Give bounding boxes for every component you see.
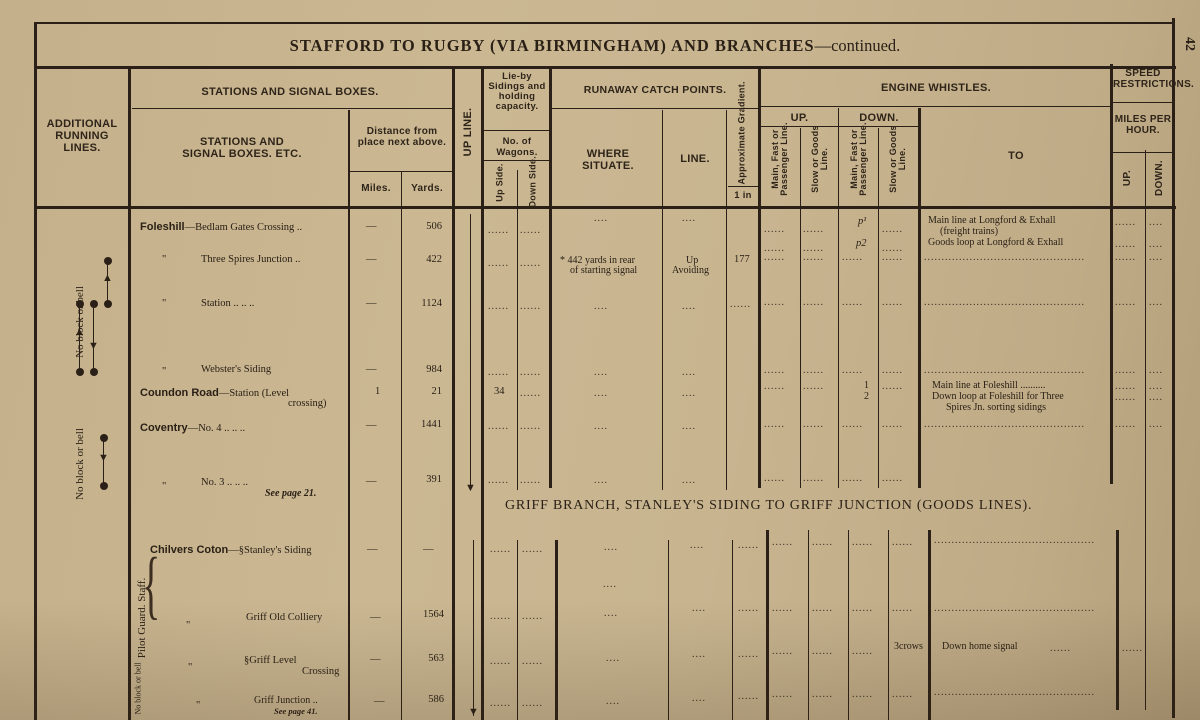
miles-value: — bbox=[367, 544, 378, 556]
empty-cell: ...... bbox=[490, 699, 511, 709]
arrow-down-icon: ▼ bbox=[98, 452, 109, 464]
whistle-destination: Goods loop at Longford & Exhall bbox=[928, 237, 1063, 249]
empty-cell: .... bbox=[1149, 240, 1163, 250]
ditto-mark: " bbox=[162, 254, 166, 266]
col-line bbox=[1145, 150, 1146, 710]
miles-value: — bbox=[370, 654, 381, 666]
empty-cell: ...... bbox=[520, 259, 541, 269]
miles-value: — bbox=[366, 254, 377, 266]
col-line bbox=[888, 530, 889, 720]
empty-cell: ...... bbox=[520, 302, 541, 312]
header-subrule bbox=[484, 130, 550, 131]
empty-cell: .... bbox=[1149, 366, 1163, 376]
empty-cell: .... bbox=[604, 543, 618, 553]
empty-cell: ...... bbox=[772, 647, 793, 657]
header-distance: Distance from place next above. bbox=[352, 126, 452, 148]
empty-cell: .... bbox=[692, 604, 706, 614]
running-lines-note: No block or bell bbox=[134, 675, 143, 715]
col-line bbox=[668, 540, 669, 720]
yards-value: 586 bbox=[404, 694, 444, 706]
empty-cell: ...... bbox=[812, 647, 833, 657]
station-name: —No. 4 .. .. .. bbox=[188, 423, 245, 434]
empty-cell: ........................................… bbox=[934, 688, 1095, 698]
header-subrule bbox=[728, 186, 758, 187]
station-name: Webster's Siding bbox=[201, 364, 271, 376]
miles-value: — bbox=[366, 420, 377, 432]
empty-cell: ...... bbox=[522, 545, 543, 555]
yards-value: 422 bbox=[404, 254, 442, 266]
running-lines-note: No block or bell bbox=[74, 414, 86, 514]
signal-node-icon bbox=[76, 300, 84, 308]
ditto-mark: " bbox=[186, 620, 190, 632]
col-line bbox=[517, 170, 518, 490]
station-name: No. 3 .. .. .. bbox=[201, 477, 248, 489]
empty-cell: ...... bbox=[882, 298, 903, 308]
header-rule bbox=[36, 206, 1176, 209]
ditto-mark: " bbox=[188, 662, 192, 674]
empty-cell: ...... bbox=[738, 650, 759, 660]
empty-cell: ...... bbox=[812, 538, 833, 548]
station-name: Griff Old Colliery bbox=[246, 612, 322, 624]
empty-cell: .... bbox=[690, 541, 704, 551]
header-line: LINE. bbox=[664, 153, 726, 165]
col-line bbox=[481, 68, 484, 720]
empty-cell: ...... bbox=[738, 604, 759, 614]
arrow-down-icon: ▼ bbox=[465, 482, 476, 494]
yards-value: 21 bbox=[404, 386, 442, 398]
header-up-line: UP LINE. bbox=[462, 92, 474, 172]
arrow-up-icon: ▲ bbox=[102, 272, 113, 284]
empty-cell: ...... bbox=[772, 538, 793, 548]
title-suffix: —continued. bbox=[815, 36, 901, 55]
header-subrule bbox=[552, 108, 758, 109]
empty-cell: ...... bbox=[803, 225, 824, 235]
empty-cell: ...... bbox=[892, 690, 913, 700]
header-miles: Miles. bbox=[352, 183, 400, 195]
empty-cell: .... bbox=[682, 214, 696, 224]
station-name: —Bedlam Gates Crossing .. bbox=[185, 222, 303, 233]
empty-cell: .... bbox=[682, 368, 696, 378]
col-line bbox=[401, 172, 402, 720]
col-line bbox=[555, 540, 558, 720]
empty-cell: .... bbox=[692, 650, 706, 660]
yards-value: 1124 bbox=[404, 298, 442, 310]
empty-cell: .... bbox=[682, 476, 696, 486]
whistle-code: 2 bbox=[864, 391, 869, 403]
empty-cell: ........................................… bbox=[934, 604, 1095, 614]
col-line bbox=[848, 530, 849, 720]
empty-cell: ...... bbox=[882, 366, 903, 376]
ditto-mark: " bbox=[162, 481, 166, 493]
empty-cell: ...... bbox=[488, 259, 509, 269]
header-yards: Yards. bbox=[402, 183, 452, 195]
header-stations-col: STATIONS AND SIGNAL BOXES. ETC. bbox=[182, 136, 302, 160]
empty-cell: ...... bbox=[842, 366, 863, 376]
header-additional-running-lines: ADDITIONAL RUNNING LINES. bbox=[38, 118, 126, 154]
empty-cell: .... bbox=[1149, 298, 1163, 308]
station-name-2: Crossing bbox=[302, 666, 339, 678]
empty-cell: ...... bbox=[803, 366, 824, 376]
col-line bbox=[452, 68, 455, 720]
station-name: —Station (Level bbox=[219, 388, 289, 399]
col-line bbox=[1116, 530, 1119, 710]
whistle-code: 3crows bbox=[894, 641, 923, 653]
table-row: Foleshill—Bedlam Gates Crossing .. bbox=[140, 221, 302, 234]
empty-cell: ...... bbox=[812, 690, 833, 700]
empty-cell: ...... bbox=[852, 690, 873, 700]
col-line bbox=[928, 530, 931, 720]
empty-cell: ........................................… bbox=[924, 253, 1085, 263]
station-name: Station .. .. .. bbox=[201, 298, 254, 310]
whistle-destination-3: Spires Jn. sorting sidings bbox=[946, 402, 1046, 414]
header-one-in: 1 in bbox=[728, 190, 758, 202]
arrow-up-icon: ▲ bbox=[74, 326, 85, 338]
miles-value: — bbox=[366, 476, 377, 488]
empty-cell: .... bbox=[594, 389, 608, 399]
station-prefix: Coundon Road bbox=[140, 387, 219, 399]
see-page-note[interactable]: See page 41. bbox=[274, 705, 318, 717]
empty-cell: ...... bbox=[1115, 253, 1136, 263]
signal-node-icon bbox=[100, 434, 108, 442]
empty-cell: ...... bbox=[764, 225, 785, 235]
signal-node-icon bbox=[90, 300, 98, 308]
miles-value: — bbox=[374, 696, 385, 708]
whistle-code: p2 bbox=[856, 238, 867, 250]
header-no-of-wagons: No. of Wagons. bbox=[484, 136, 550, 158]
miles-value: 1 bbox=[375, 386, 380, 398]
empty-cell: ...... bbox=[882, 474, 903, 484]
empty-cell: ...... bbox=[1122, 644, 1143, 654]
empty-cell: .... bbox=[682, 302, 696, 312]
yards-value: 506 bbox=[404, 221, 442, 233]
title-rule bbox=[36, 66, 1176, 69]
empty-cell: ...... bbox=[488, 302, 509, 312]
station-name: —§Stanley's Siding bbox=[228, 545, 311, 556]
header-mph: MILES PER HOUR. bbox=[1113, 114, 1173, 136]
empty-cell: .... bbox=[682, 389, 696, 399]
gradient-value: 177 bbox=[734, 254, 750, 266]
empty-cell: ...... bbox=[882, 420, 903, 430]
wagons-up-value: 34 bbox=[494, 386, 505, 398]
empty-cell: ...... bbox=[852, 604, 873, 614]
title-main: STAFFORD TO RUGBY (VIA BIRMINGHAM) AND B… bbox=[290, 36, 815, 55]
empty-cell: .... bbox=[606, 697, 620, 707]
empty-cell: ...... bbox=[738, 541, 759, 551]
section-title-griff-branch: GRIFF BRANCH, STANLEY'S SIDING TO GRIFF … bbox=[505, 498, 1125, 514]
miles-value: — bbox=[366, 298, 377, 310]
catch-point-location-2: of starting signal bbox=[570, 265, 637, 277]
empty-cell: .... bbox=[603, 580, 617, 590]
ditto-mark: " bbox=[162, 366, 166, 378]
header-subrule bbox=[484, 160, 550, 161]
yards-value: 1564 bbox=[404, 609, 444, 621]
empty-cell: ...... bbox=[488, 368, 509, 378]
header-down-slow-goods: Slow or Goods Line. bbox=[889, 121, 907, 197]
bracket-icon: { bbox=[142, 548, 160, 624]
header-subrule bbox=[350, 171, 452, 172]
empty-cell: ...... bbox=[892, 538, 913, 548]
col-line bbox=[918, 108, 921, 488]
header-up-slow-goods: Slow or Goods Line. bbox=[811, 121, 829, 197]
empty-cell: ...... bbox=[852, 538, 873, 548]
col-line bbox=[732, 540, 733, 720]
empty-cell: .... bbox=[1149, 253, 1163, 263]
empty-cell: .... bbox=[594, 422, 608, 432]
empty-cell: .... bbox=[604, 609, 618, 619]
empty-cell: .... bbox=[1149, 420, 1163, 430]
col-line bbox=[766, 530, 769, 720]
header-subrule bbox=[1113, 152, 1173, 153]
yards-value: 563 bbox=[404, 653, 444, 665]
whistle-destination: Down home signal bbox=[942, 641, 1018, 653]
empty-cell: ...... bbox=[1115, 218, 1136, 228]
empty-cell: ...... bbox=[812, 604, 833, 614]
yards-value: 1441 bbox=[404, 419, 442, 431]
col-line bbox=[758, 68, 761, 488]
empty-cell: ...... bbox=[522, 657, 543, 667]
empty-cell: ...... bbox=[842, 474, 863, 484]
empty-cell: ...... bbox=[764, 420, 785, 430]
empty-cell: .... bbox=[692, 694, 706, 704]
empty-cell: .... bbox=[1149, 218, 1163, 228]
empty-cell: ...... bbox=[490, 612, 511, 622]
miles-value: — bbox=[366, 364, 377, 376]
header-subrule bbox=[1113, 102, 1173, 103]
catch-point-line-2: Avoiding bbox=[672, 265, 709, 277]
empty-cell: ........................................… bbox=[924, 366, 1085, 376]
empty-cell: .... bbox=[594, 214, 608, 224]
empty-cell: .... bbox=[606, 654, 620, 664]
header-runaway: RUNAWAY CATCH POINTS. bbox=[552, 84, 758, 96]
signal-node-icon bbox=[100, 482, 108, 490]
empty-cell: ...... bbox=[772, 690, 793, 700]
station-prefix: Coventry bbox=[140, 422, 188, 434]
empty-cell: ...... bbox=[488, 422, 509, 432]
frame-left bbox=[34, 22, 37, 720]
table-row: Coventry—No. 4 .. .. .. bbox=[140, 422, 245, 435]
empty-cell: ...... bbox=[852, 647, 873, 657]
station-prefix: Chilvers Coton bbox=[150, 544, 228, 556]
empty-cell: .... bbox=[1149, 382, 1163, 392]
up-line-track bbox=[470, 214, 471, 490]
arrow-down-icon: ▼ bbox=[468, 706, 479, 718]
yards-value: 391 bbox=[404, 474, 442, 486]
empty-cell: ...... bbox=[1115, 240, 1136, 250]
empty-cell: ...... bbox=[520, 422, 541, 432]
empty-cell: ...... bbox=[764, 366, 785, 376]
empty-cell: ...... bbox=[520, 389, 541, 399]
col-line bbox=[726, 110, 727, 490]
empty-cell: .... bbox=[682, 422, 696, 432]
header-subrule bbox=[761, 106, 1111, 107]
empty-cell: ...... bbox=[842, 298, 863, 308]
signal-node-icon bbox=[104, 257, 112, 265]
empty-cell: ...... bbox=[1115, 393, 1136, 403]
col-line bbox=[517, 540, 518, 720]
empty-cell: ...... bbox=[490, 545, 511, 555]
empty-cell: ...... bbox=[803, 298, 824, 308]
empty-cell: ...... bbox=[738, 692, 759, 702]
empty-cell: ...... bbox=[1115, 420, 1136, 430]
header-where-situate: WHERE SITUATE. bbox=[568, 148, 648, 172]
document-page: STAFFORD TO RUGBY (VIA BIRMINGHAM) AND B… bbox=[0, 0, 1200, 720]
empty-cell: ...... bbox=[803, 420, 824, 430]
empty-cell: ........................................… bbox=[934, 536, 1095, 546]
empty-cell: ...... bbox=[882, 225, 903, 235]
header-speed: SPEED RESTRICTIONS. bbox=[1113, 68, 1173, 90]
empty-cell: ...... bbox=[803, 474, 824, 484]
empty-cell: ...... bbox=[490, 657, 511, 667]
empty-cell: ...... bbox=[764, 298, 785, 308]
empty-cell: ...... bbox=[882, 253, 903, 263]
header-down-main-fast: Main, Fast or Passenger Line. bbox=[850, 121, 868, 197]
empty-cell: ...... bbox=[488, 476, 509, 486]
frame-top bbox=[34, 22, 1174, 24]
page-title: STAFFORD TO RUGBY (VIA BIRMINGHAM) AND B… bbox=[40, 36, 1150, 56]
empty-cell: ...... bbox=[730, 300, 751, 310]
yards-value: 984 bbox=[404, 364, 442, 376]
table-row: Chilvers Coton—§Stanley's Siding bbox=[150, 544, 312, 557]
station-name: §Griff Level bbox=[244, 655, 297, 667]
col-line bbox=[838, 108, 839, 488]
station-prefix: Foleshill bbox=[140, 221, 185, 233]
page-number: 42 bbox=[1181, 37, 1197, 51]
empty-cell: ...... bbox=[1050, 644, 1071, 654]
running-lines-note: No block or bell bbox=[74, 262, 86, 382]
empty-cell: ...... bbox=[764, 474, 785, 484]
col-line bbox=[808, 530, 809, 720]
ditto-mark: " bbox=[162, 298, 166, 310]
col-line bbox=[878, 128, 879, 488]
signal-node-icon bbox=[76, 368, 84, 376]
col-line bbox=[348, 110, 350, 720]
empty-cell: ........................................… bbox=[924, 298, 1085, 308]
empty-cell: ...... bbox=[1115, 366, 1136, 376]
col-line bbox=[128, 68, 131, 720]
table-row: Coundon Road—Station (Level bbox=[140, 387, 289, 400]
header-speed-up: UP. bbox=[1122, 158, 1134, 198]
arrow-down-icon: ▼ bbox=[88, 340, 99, 352]
empty-cell: ...... bbox=[522, 699, 543, 709]
header-stations-group: STATIONS AND SIGNAL BOXES. bbox=[132, 86, 448, 98]
empty-cell: .... bbox=[594, 302, 608, 312]
empty-cell: ...... bbox=[520, 368, 541, 378]
yards-value: — bbox=[423, 544, 434, 556]
signal-node-icon bbox=[90, 368, 98, 376]
header-engine-whistles: ENGINE WHISTLES. bbox=[761, 82, 1111, 94]
miles-value: — bbox=[370, 612, 381, 624]
empty-cell: ...... bbox=[1115, 382, 1136, 392]
empty-cell: ...... bbox=[892, 604, 913, 614]
empty-cell: ........................................… bbox=[924, 420, 1085, 430]
miles-value: — bbox=[366, 221, 377, 233]
up-line-track bbox=[473, 540, 474, 716]
empty-cell: .... bbox=[1149, 393, 1163, 403]
empty-cell: ...... bbox=[764, 382, 785, 392]
signal-node-icon bbox=[104, 300, 112, 308]
empty-cell: ...... bbox=[764, 253, 785, 263]
empty-cell: ...... bbox=[1115, 298, 1136, 308]
col-line bbox=[662, 110, 663, 490]
empty-cell: .... bbox=[594, 368, 608, 378]
empty-cell: ...... bbox=[772, 604, 793, 614]
header-speed-down: DOWN. bbox=[1154, 158, 1166, 198]
empty-cell: ...... bbox=[882, 382, 903, 392]
header-to: TO bbox=[922, 150, 1110, 162]
col-line bbox=[549, 68, 552, 488]
station-name: Three Spires Junction .. bbox=[201, 254, 300, 266]
header-lie-by: Lie-by Sidings and holding capacity. bbox=[484, 72, 550, 112]
header-subrule bbox=[132, 108, 452, 109]
track-line bbox=[93, 305, 94, 370]
station-name-2: crossing) bbox=[288, 398, 327, 410]
empty-cell: .... bbox=[594, 476, 608, 486]
empty-cell: ...... bbox=[842, 253, 863, 263]
empty-cell: ...... bbox=[520, 476, 541, 486]
empty-cell: ...... bbox=[803, 382, 824, 392]
empty-cell: ...... bbox=[488, 226, 509, 236]
empty-cell: ...... bbox=[522, 612, 543, 622]
header-up-main-fast: Main, Fast or Passenger Line. bbox=[771, 121, 789, 197]
ditto-mark: " bbox=[196, 700, 200, 712]
whistle-code: p¹ bbox=[858, 216, 866, 228]
see-page-note[interactable]: See page 21. bbox=[265, 488, 316, 500]
header-down-side: Down Side. bbox=[529, 158, 538, 208]
empty-cell: ...... bbox=[520, 226, 541, 236]
header-gradient: Approximate Gradient. bbox=[738, 105, 747, 185]
page-shadow bbox=[0, 600, 1200, 720]
col-line bbox=[800, 128, 801, 488]
empty-cell: ...... bbox=[803, 253, 824, 263]
empty-cell: ...... bbox=[842, 420, 863, 430]
header-up-side: Up Side. bbox=[496, 158, 505, 208]
